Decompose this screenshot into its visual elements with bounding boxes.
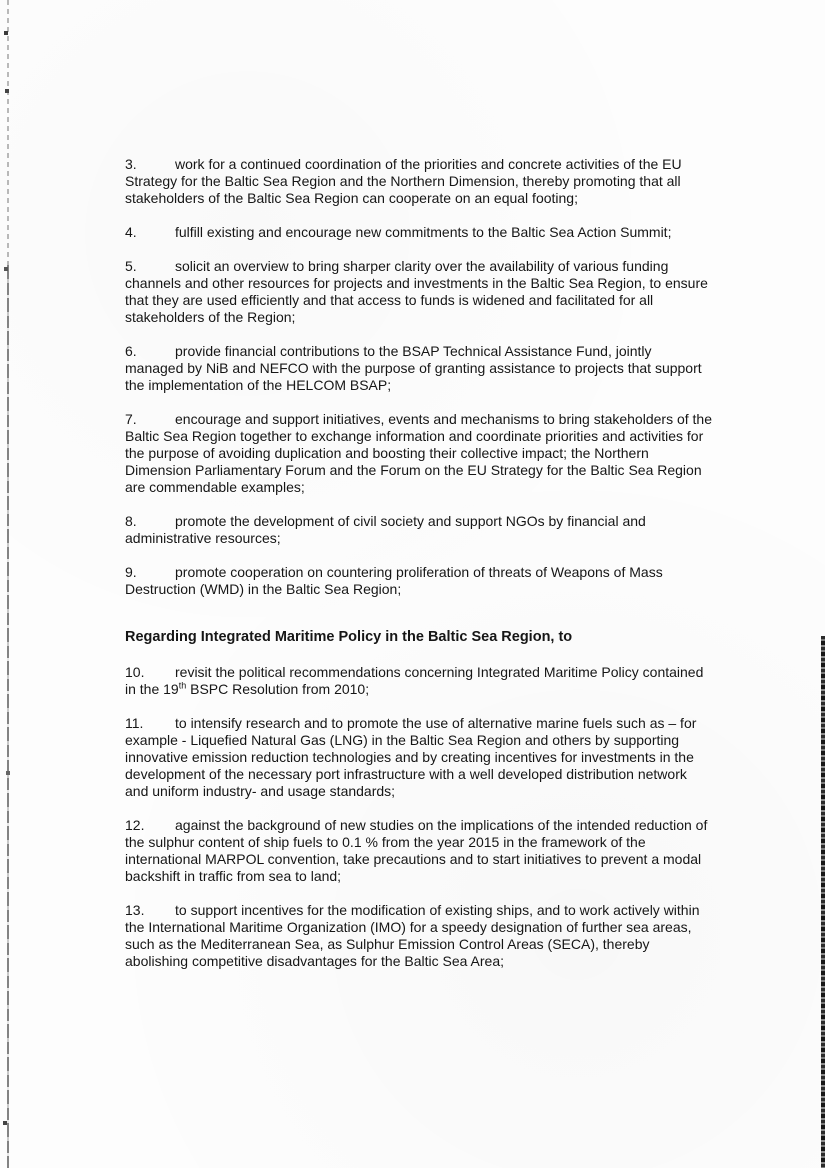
item-number: 8. — [125, 513, 175, 530]
item-text: promote the development of civil society… — [125, 513, 646, 546]
list-item-4: 4.fulfill existing and encourage new com… — [125, 224, 713, 241]
scan-artifact-right-edge — [821, 636, 825, 1168]
item-text: provide financial contributions to the B… — [125, 343, 702, 393]
item-number: 9. — [125, 564, 175, 581]
item-text: to support incentives for the modificati… — [125, 902, 699, 969]
list-item-9: 9.promote cooperation on countering prol… — [125, 564, 713, 598]
item-number: 5. — [125, 258, 175, 275]
item-text: against the background of new studies on… — [125, 817, 707, 884]
item-text: revisit the political recommendations co… — [125, 664, 703, 697]
list-item-3: 3.work for a continued coordination of t… — [125, 156, 713, 207]
item-text: work for a continued coordination of the… — [125, 156, 682, 206]
scan-artifact-left-line-bottom — [7, 265, 9, 1168]
list-item-7: 7.encourage and support initiatives, eve… — [125, 411, 713, 496]
item-number: 7. — [125, 411, 175, 428]
list-item-13: 13.to support incentives for the modific… — [125, 902, 713, 970]
item-number: 12. — [125, 817, 175, 834]
list-item-11: 11.to intensify research and to promote … — [125, 715, 713, 800]
scan-artifact-left-specks — [4, 31, 8, 35]
item-number: 10. — [125, 664, 175, 681]
list-item-8: 8.promote the development of civil socie… — [125, 513, 713, 547]
item-text: encourage and support initiatives, event… — [125, 411, 712, 495]
item-text: fulfill existing and encourage new commi… — [175, 224, 671, 240]
list-item-10: 10.revisit the political recommendations… — [125, 664, 713, 698]
document-content: 3.work for a continued coordination of t… — [125, 156, 713, 987]
item-text: solicit an overview to bring sharper cla… — [125, 258, 708, 325]
scan-artifact-left-line-top — [7, 0, 9, 265]
item-number: 11. — [125, 715, 175, 732]
list-item-12: 12.against the background of new studies… — [125, 817, 713, 885]
item-number: 4. — [125, 224, 175, 241]
item-number: 13. — [125, 902, 175, 919]
item-text-after-sup: BSPC Resolution from 2010; — [186, 681, 369, 697]
list-item-6: 6.provide financial contributions to the… — [125, 343, 713, 394]
item-number: 6. — [125, 343, 175, 360]
section-heading: Regarding Integrated Maritime Policy in … — [125, 629, 713, 646]
item-number: 3. — [125, 156, 175, 173]
list-item-5: 5.solicit an overview to bring sharper c… — [125, 258, 713, 326]
item-text: promote cooperation on countering prolif… — [125, 564, 663, 597]
item-text: to intensify research and to promote the… — [125, 715, 696, 799]
